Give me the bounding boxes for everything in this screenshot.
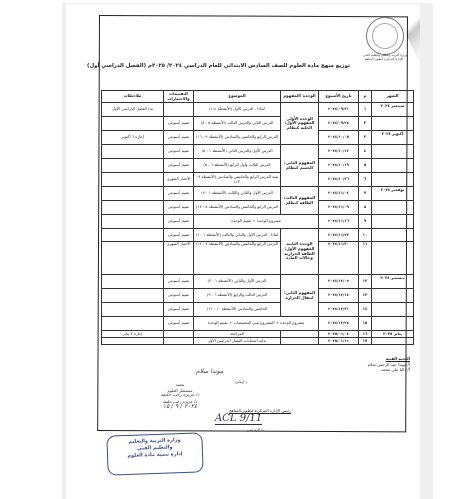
- week-date: ٢٠٢٤/١٠/١٢: [319, 145, 359, 159]
- week-date: ٢٠٢٤/٠٩/٢٨: [319, 117, 359, 131]
- evaluation-cell: تقييم أسبوعي: [164, 303, 194, 317]
- topic-cell: الدرس الأول والثاني (الأنشطة ١ : ٣): [194, 275, 281, 289]
- row-num: ١٦: [359, 331, 372, 338]
- table-row: أكتوبر ٢٠٢٤ ٣ ٢٠٢٤/١٠/٠٥ الدرس الرابع وا…: [102, 131, 414, 145]
- evaluation-cell: تقييم أسبوعي: [164, 275, 194, 289]
- table-row: ٤ ٢٠٢٤/١٠/١٢ المفهوم الثاني: الجسم كنظام…: [102, 145, 414, 159]
- table-row: ٢ ٢٠٢٤/٠٩/٢٨ الدرس الثاني والدرس الثالث …: [102, 117, 414, 131]
- month-cell: [372, 201, 414, 215]
- row-num: ١٣: [359, 289, 372, 303]
- logo-caption: وزارة التربية والتعليم والتعليم الفني - …: [360, 53, 408, 61]
- evaluation-cell: تقييم أسبوعي: [164, 229, 194, 242]
- notes-cell: [102, 159, 164, 173]
- table-row: ١٤ ٢٠٢٤/١٢/٢١ الخامس والسادس (الأنشطة ١٠…: [102, 303, 414, 317]
- notes-cell: بدء الفصل الدراسي الأول: [102, 103, 164, 117]
- notes-cell: [102, 215, 164, 229]
- curriculum-table: الشهر م تاريخ الأسبوع الوحدة /المفهوم ال…: [101, 90, 414, 345]
- row-num: ١٠: [359, 229, 372, 242]
- header-unit: الوحدة /المفهوم: [281, 91, 319, 103]
- month-cell: سبتمبر ٢٠٢٤: [372, 103, 414, 117]
- notes-cell: [102, 187, 164, 201]
- table-header-row: الشهر م تاريخ الأسبوع الوحدة /المفهوم ال…: [102, 91, 414, 103]
- topic-cell: الدرس الرابع والخامس والسادس (الأنشطة ٨ …: [194, 201, 281, 215]
- topic-cell: الدرس الرابع والخامس والسادس (الأنشطة ٧ …: [194, 242, 281, 275]
- header-topic: الموضوع: [194, 91, 281, 103]
- month-cell: أكتوبر ٢٠٢٤: [372, 131, 414, 145]
- week-date: ٢٠٢٥/٠١/١١: [319, 338, 359, 345]
- table-row: ١٧ ٢٠٢٥/٠١/١١ بداية امتحانات الفصل الدرا…: [102, 338, 414, 345]
- row-num: ٩: [359, 215, 372, 229]
- table-row: ١٥ ٢٠٢٤/١٢/٢٨ مشروع الوحدة + المشروع بين…: [102, 317, 414, 331]
- row-num: ٣: [359, 131, 372, 145]
- row-num: ١٥: [359, 317, 372, 331]
- week-date: ٢٠٢٤/١١/١٦: [319, 215, 359, 229]
- row-num: ٧: [359, 187, 372, 201]
- table-row: نوفمبر ٢٠٢٤ ٧ ٢٠٢٤/١١/٠٢ المفهوم الثالث:…: [102, 187, 414, 201]
- dept-head-signature: ACL 9/11: [215, 413, 262, 425]
- table-row: ٥ ٢٠٢٤/١٠/١٩ الدرس الثالث وأول الرابع (ا…: [102, 159, 414, 173]
- unit-cell: المفهوم الثالث: الطاقة كنظام: [281, 187, 319, 215]
- row-num: ١٧: [359, 338, 372, 345]
- week-date: ٢٠٢٤/١٢/١٤: [319, 289, 359, 303]
- week-date: ٢٠٢٤/١٢/٢٨: [319, 317, 359, 331]
- row-num: ٨: [359, 201, 372, 215]
- week-date: ٢٠٢٤/٠٩/٢١: [319, 103, 359, 117]
- committee-signature: د إيمان: [235, 379, 247, 384]
- notes-cell: [102, 242, 164, 275]
- table-row: يناير ٢٠٢٥ ١٦ ٢٠٢٥/٠١/٠٤ المراجعة إجازة …: [102, 331, 414, 338]
- topic-cell: الدرس الثالث والرابع (الأنشطة ٦ : ٩): [194, 289, 281, 303]
- month-cell: ديسمبر ٢٠٢٤: [372, 275, 414, 289]
- month-cell: [372, 173, 414, 187]
- topic-cell: الدرس الأول والثاني والثالث (الأنشطة ١ :…: [194, 187, 281, 201]
- notes-cell: [102, 317, 164, 331]
- table-row: ٨ ٢٠٢٤/١١/٠٩ الدرس الرابع والخامس والساد…: [102, 201, 414, 215]
- header-notes: ملاحظات: [102, 91, 164, 103]
- month-cell: [372, 317, 414, 331]
- month-cell: [372, 159, 414, 173]
- header-evaluation: التقييمات والاختبارات: [164, 91, 194, 103]
- evaluation-cell: تقييم أسبوعي: [164, 131, 194, 145]
- week-date: ٢٠٢٤/١٠/٢٦: [319, 173, 359, 187]
- month-cell: [372, 117, 414, 131]
- notes-cell: [102, 229, 164, 242]
- evaluation-cell: تقييم أسبوعي: [164, 145, 194, 159]
- committee-signature: موندا سلام: [196, 368, 223, 375]
- row-num: ٥: [359, 159, 372, 173]
- evaluation-cell: الاختبار الشهري: [164, 242, 194, 275]
- table-row: ٦ ٢٠٢٤/١٠/٢٦ بقية الدرس الرابع والخامس و…: [102, 173, 414, 187]
- notes-cell: [102, 201, 164, 215]
- row-num: ١١: [359, 242, 372, 275]
- month-cell: نوفمبر ٢٠٢٤: [372, 187, 414, 201]
- unit-cell: الوحدة الأولى المفهوم الأول: الخلية كنظا…: [281, 103, 319, 145]
- committee-member: أ/ داليا علي محمد: [260, 367, 410, 373]
- month-cell: يناير ٢٠٢٥: [372, 331, 414, 338]
- row-num: ٦: [359, 173, 372, 187]
- ministry-stamp: وزارة التربية والتعليم والتعليم الفني إد…: [106, 432, 203, 475]
- row-num: ١: [359, 103, 372, 117]
- topic-cell: بقية الدرس الرابع والخامس والسادس (الأنش…: [194, 173, 281, 187]
- unit-cell: [281, 338, 319, 345]
- notes-cell: [102, 275, 164, 289]
- notes-cell: إجازة ٧ يناير: [102, 331, 164, 338]
- notes-cell: [102, 173, 164, 187]
- table-row: ١١ ٢٠٢٤/١١/٣٠ الدرس الرابع والخامس والسا…: [102, 242, 414, 275]
- week-date: ٢٠٢٤/١٠/١٩: [319, 159, 359, 173]
- topic-cell: مشروع الوحدة + تقييم الوحدة: [194, 215, 319, 229]
- topic-cell: لماذا - الدرس الأول (الأنشطة ١:٤): [194, 103, 281, 117]
- approval-block: يعتمد مستشار العلوم د/ عزيزه رجب خليفة د…: [140, 382, 220, 410]
- topic-cell: الدرس الرابع والخامس والسادس (الأنشطة ٩ …: [194, 131, 281, 145]
- evaluation-cell: تقييم أسبوعي: [164, 317, 194, 331]
- dept-head-name: د/ أكرم حسن: [235, 428, 275, 434]
- logo-emblem: [372, 23, 398, 49]
- month-cell: [372, 289, 414, 303]
- notes-cell: [102, 145, 164, 159]
- month-cell: [372, 303, 414, 317]
- evaluation-cell: [164, 103, 194, 117]
- row-num: ١٢: [359, 275, 372, 289]
- row-num: ٢: [359, 117, 372, 131]
- unit-cell: [281, 331, 319, 338]
- evaluation-cell: الاختبار الشهري: [164, 173, 194, 187]
- month-cell: [372, 215, 414, 229]
- header-num: م: [359, 91, 372, 103]
- topic-cell: الدرس الأول والدرس الثاني (الأنشطة ١ : ٥…: [194, 145, 281, 159]
- topic-cell: الخامس والسادس (الأنشطة ١٠ : ١٢): [194, 303, 281, 317]
- notes-cell: إجازة ٦ أكتوبر: [102, 131, 164, 145]
- notes-cell: [102, 117, 164, 131]
- evaluation-cell: [164, 338, 194, 345]
- table-row: ١٣ ٢٠٢٤/١٢/١٤ الدرس الثالث والرابع (الأن…: [102, 289, 414, 303]
- unit-cell: المفهوم الثاني: الجسم كنظام: [281, 145, 319, 187]
- technical-committee: اللجنة الفنية أ/ موندا عبد الرحمن سلام أ…: [260, 356, 410, 373]
- header-week-date: تاريخ الأسبوع: [319, 91, 359, 103]
- notes-cell: [102, 303, 164, 317]
- topic-cell: الدرس الثالث وأول الرابع (الأنشطة ٦ : ٥): [194, 159, 281, 173]
- evaluation-cell: تقييم أسبوعي: [164, 289, 194, 303]
- row-num: ١٤: [359, 303, 372, 317]
- table-row: ١٠ ٢٠٢٤/١١/٢٣ الوحدة الثانية المفهوم الأ…: [102, 229, 414, 242]
- row-num: ٤: [359, 145, 372, 159]
- document-title: توزيع منهج مادة العلوم للصف السادس الابت…: [120, 63, 350, 69]
- month-cell: [372, 145, 414, 159]
- month-cell: [372, 338, 414, 345]
- month-cell: [372, 242, 414, 275]
- topic-cell: لماذا - الدرس الأول والثاني والثالث (الأ…: [194, 229, 281, 242]
- week-date: ٢٠٢٤/١١/٣٠: [319, 242, 359, 275]
- topic-cell: الدرس الثاني والدرس الثالث (الأنشطة ٥ : …: [194, 117, 281, 131]
- topic-cell: مشروع الوحدة + المشروع بيني التخصصات + ت…: [194, 317, 319, 331]
- evaluation-cell: [164, 331, 194, 338]
- notes-cell: [102, 289, 164, 303]
- evaluation-cell: تقييم أسبوعي: [164, 215, 194, 229]
- topic-cell: المراجعة: [194, 331, 281, 338]
- week-date: ٢٠٢٤/١٠/٠٥: [319, 131, 359, 145]
- unit-cell: المفهوم الثاني: انتقال الحرارة: [281, 275, 319, 317]
- week-date: ٢٠٢٤/١١/٠٩: [319, 201, 359, 215]
- week-date: ٢٠٢٥/٠١/٠٤: [319, 331, 359, 338]
- header-month: الشهر: [372, 91, 414, 103]
- month-cell: [372, 229, 414, 242]
- evaluation-cell: تقييم أسبوعي: [164, 159, 194, 173]
- evaluation-cell: تقييم أسبوعي: [164, 201, 194, 215]
- table-row: ديسمبر ٢٠٢٤ ١٢ ٢٠٢٤/١٢/٠٧ المفهوم الثاني…: [102, 275, 414, 289]
- evaluation-cell: تقييم أسبوعي: [164, 117, 194, 131]
- approve-date: ٢٠٢٤ / ٩ / ١٥: [140, 404, 220, 410]
- unit-cell: الوحدة الثانية المفهوم الأول: الطاقة الح…: [281, 229, 319, 275]
- week-date: ٢٠٢٤/١١/٢٣: [319, 229, 359, 242]
- table-row: ٩ ٢٠٢٤/١١/١٦ مشروع الوحدة + تقييم الوحدة…: [102, 215, 414, 229]
- topic-cell: بداية امتحانات الفصل الدراسي الأول: [194, 338, 281, 345]
- week-date: ٢٠٢٤/١٢/٠٧: [319, 275, 359, 289]
- week-date: ٢٠٢٤/١٢/٢١: [319, 303, 359, 317]
- evaluation-cell: تقييم أسبوعي: [164, 187, 194, 201]
- week-date: ٢٠٢٤/١١/٠٢: [319, 187, 359, 201]
- notes-cell: [102, 338, 164, 345]
- ministry-logo-icon: [366, 17, 404, 55]
- table-row: سبتمبر ٢٠٢٤ ١ ٢٠٢٤/٠٩/٢١ الوحدة الأولى ا…: [102, 103, 414, 117]
